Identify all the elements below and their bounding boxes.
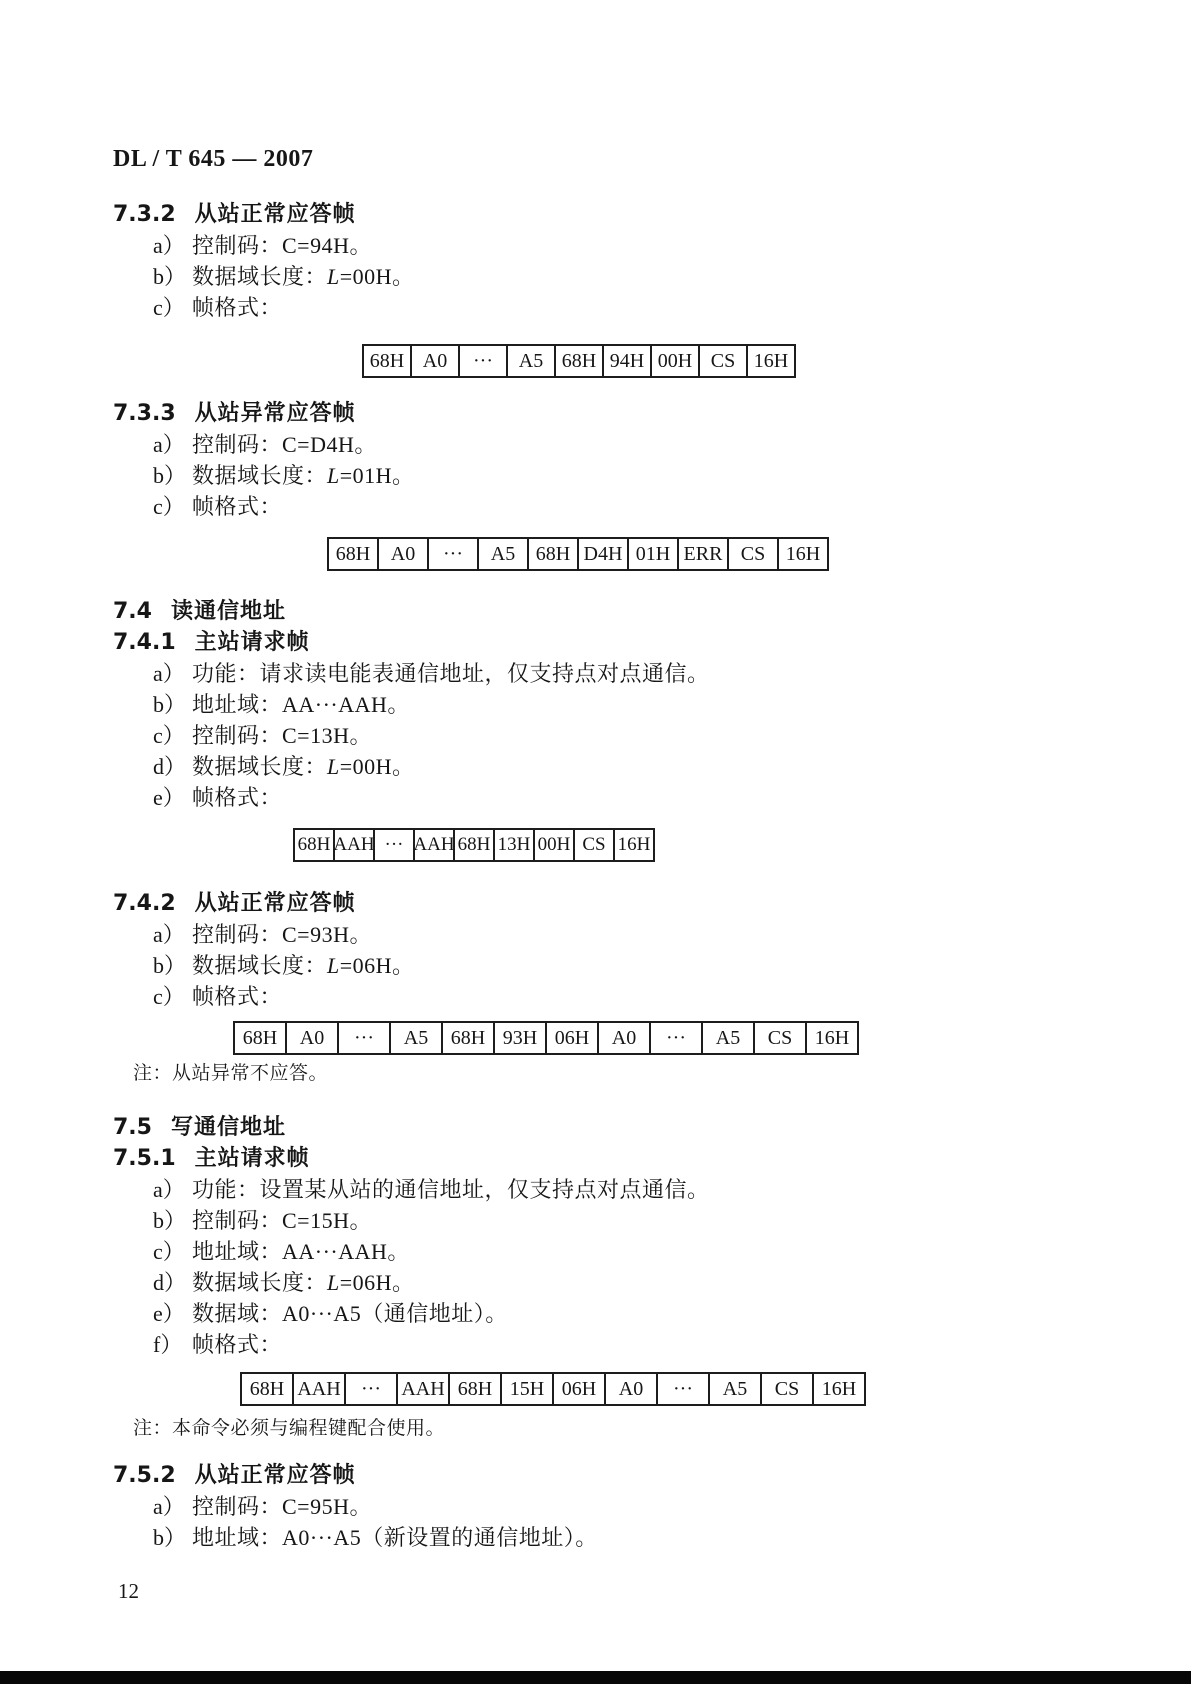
section-heading-7-5-1: 7.5.1 主站请求帧: [113, 1144, 1191, 1174]
section-number: 7.5.1: [113, 1144, 176, 1174]
frame-cell: D4H: [577, 537, 629, 571]
list-item: e） 帧格式：: [153, 782, 1191, 813]
item-letter: c）: [153, 491, 192, 522]
item-text: 控制码：C=D4H。: [192, 429, 377, 460]
scan-edge-artifact: [0, 1671, 1191, 1684]
item-letter: e）: [153, 782, 192, 813]
frame-cell: 16H: [805, 1021, 859, 1055]
frame-cell: 68H: [554, 344, 604, 378]
item-text: 控制码：C=13H。: [192, 720, 372, 751]
frame-cell: ···: [656, 1372, 710, 1406]
section-number: 7.5: [113, 1113, 152, 1143]
frame-cell: CS: [573, 828, 615, 862]
list-item: b） 控制码：C=15H。: [153, 1205, 1191, 1236]
item-text: 帧格式：: [192, 981, 282, 1012]
frame-cell: 16H: [746, 344, 796, 378]
frame-cell: 15H: [500, 1372, 554, 1406]
section-title: 读通信地址: [171, 597, 286, 627]
section-heading-7-4-2: 7.4.2 从站正常应答帧: [113, 889, 1191, 919]
frame-cell: 68H: [233, 1021, 287, 1055]
list-item: a） 功能：请求读电能表通信地址，仅支持点对点通信。: [153, 658, 1191, 689]
frame-cell: CS: [760, 1372, 814, 1406]
list-item: b） 数据域长度：L=00H。: [153, 261, 1191, 292]
item-letter: a）: [153, 919, 192, 950]
item-text: 控制码：C=95H。: [192, 1491, 372, 1522]
page-number: 12: [118, 1579, 1191, 1603]
item-text: 帧格式：: [192, 782, 282, 813]
list-item: c） 帧格式：: [153, 491, 1191, 522]
list-item: c） 地址域：AA···AAH。: [153, 1236, 1191, 1267]
item-text: 功能：设置某从站的通信地址，仅支持点对点通信。: [192, 1174, 710, 1205]
item-letter: c）: [153, 1236, 192, 1267]
document-page: DL / T 645 — 2007 7.3.2 从站正常应答帧 a） 控制码：C…: [0, 0, 1191, 1684]
frame-cell: ···: [337, 1021, 391, 1055]
list-item: a） 功能：设置某从站的通信地址，仅支持点对点通信。: [153, 1174, 1191, 1205]
frame-cell: A0: [377, 537, 429, 571]
item-text: 数据域长度：L=06H。: [192, 1267, 415, 1298]
item-text: 数据域长度：L=06H。: [192, 950, 415, 981]
frame-cell: ···: [458, 344, 508, 378]
section-number: 7.4.1: [113, 628, 176, 658]
frame-cell: ···: [373, 828, 415, 862]
frame-cell: A5: [701, 1021, 755, 1055]
list-item: b） 数据域长度：L=06H。: [153, 950, 1191, 981]
frame-cell: A0: [597, 1021, 651, 1055]
frame-cell: A5: [389, 1021, 443, 1055]
item-text: 帧格式：: [192, 292, 282, 323]
list-item: b） 地址域：A0···A5（新设置的通信地址）。: [153, 1522, 1191, 1553]
section-title: 从站正常应答帧: [195, 889, 356, 919]
item-text: 帧格式：: [192, 491, 282, 522]
item-letter: b）: [153, 689, 192, 720]
frame-cell: 16H: [812, 1372, 866, 1406]
section-heading-7-5: 7.5 写通信地址: [113, 1113, 1191, 1143]
doc-header: DL / T 645 — 2007: [113, 145, 1191, 173]
frame-cell: 16H: [777, 537, 829, 571]
list-item: a） 控制码：C=94H。: [153, 230, 1191, 261]
item-letter: b）: [153, 950, 192, 981]
item-text: 帧格式：: [192, 1329, 282, 1360]
frame-cell: 68H: [327, 537, 379, 571]
list-item: e） 数据域：A0···A5（通信地址）。: [153, 1298, 1191, 1329]
frame-table-7-3-3: 68H A0 ··· A5 68H D4H 01H ERR CS 16H: [327, 537, 1191, 571]
frame-cell: AAH: [333, 828, 375, 862]
section-title: 主站请求帧: [195, 1144, 310, 1174]
frame-cell: A5: [506, 344, 556, 378]
section-number: 7.3.3: [113, 399, 176, 429]
frame-cell: 68H: [527, 537, 579, 571]
item-letter: c）: [153, 981, 192, 1012]
frame-table-7-5-1: 68H AAH ··· AAH 68H 15H 06H A0 ··· A5 CS…: [240, 1372, 1191, 1406]
frame-cell: ERR: [677, 537, 729, 571]
frame-cell: 06H: [545, 1021, 599, 1055]
frame-cell: ···: [649, 1021, 703, 1055]
section-title: 从站正常应答帧: [195, 200, 356, 230]
section-number: 7.4: [113, 597, 152, 627]
list-item: a） 控制码：C=D4H。: [153, 429, 1191, 460]
section-title: 从站异常应答帧: [195, 399, 356, 429]
item-letter: b）: [153, 460, 192, 491]
item-letter: a）: [153, 230, 192, 261]
section-number: 7.4.2: [113, 889, 176, 919]
frame-cell: 01H: [627, 537, 679, 571]
section-title: 写通信地址: [171, 1113, 286, 1143]
frame-cell: A0: [410, 344, 460, 378]
frame-cell: A5: [477, 537, 529, 571]
list-item: f） 帧格式：: [153, 1329, 1191, 1360]
item-letter: c）: [153, 720, 192, 751]
item-text: 控制码：C=94H。: [192, 230, 372, 261]
frame-cell: 00H: [533, 828, 575, 862]
frame-cell: 68H: [453, 828, 495, 862]
item-text: 功能：请求读电能表通信地址，仅支持点对点通信。: [192, 658, 710, 689]
list-item: c） 帧格式：: [153, 292, 1191, 323]
section-heading-7-4: 7.4 读通信地址: [113, 597, 1191, 627]
frame-table-7-4-1: 68H AAH ··· AAH 68H 13H 00H CS 16H: [293, 828, 1191, 862]
frame-cell: CS: [698, 344, 748, 378]
frame-cell: 68H: [240, 1372, 294, 1406]
item-letter: f）: [153, 1329, 192, 1360]
note: 注：从站异常不应答。: [133, 1061, 1191, 1087]
frame-cell: ···: [427, 537, 479, 571]
frame-cell: A5: [708, 1372, 762, 1406]
item-text: 数据域：A0···A5（通信地址）。: [192, 1298, 508, 1329]
frame-cell: 68H: [362, 344, 412, 378]
frame-cell: AAH: [292, 1372, 346, 1406]
note: 注：本命令必须与编程键配合使用。: [133, 1416, 1191, 1442]
frame-cell: 13H: [493, 828, 535, 862]
item-letter: b）: [153, 261, 192, 292]
item-text: 控制码：C=93H。: [192, 919, 372, 950]
list-item: a） 控制码：C=93H。: [153, 919, 1191, 950]
item-letter: d）: [153, 751, 192, 782]
item-text: 地址域：AA···AAH。: [192, 689, 410, 720]
frame-cell: CS: [753, 1021, 807, 1055]
list-item: d） 数据域长度：L=06H。: [153, 1267, 1191, 1298]
frame-table-7-4-2: 68H A0 ··· A5 68H 93H 06H A0 ··· A5 CS 1…: [233, 1021, 1191, 1055]
frame-cell: AAH: [413, 828, 455, 862]
list-item: b） 地址域：AA···AAH。: [153, 689, 1191, 720]
list-item: a） 控制码：C=95H。: [153, 1491, 1191, 1522]
frame-cell: 68H: [441, 1021, 495, 1055]
frame-cell: AAH: [396, 1372, 450, 1406]
section-heading-7-5-2: 7.5.2 从站正常应答帧: [113, 1461, 1191, 1491]
section-heading-7-3-2: 7.3.2 从站正常应答帧: [113, 200, 1191, 230]
frame-cell: CS: [727, 537, 779, 571]
item-text: 数据域长度：L=00H。: [192, 751, 415, 782]
section-title: 从站正常应答帧: [195, 1461, 356, 1491]
frame-table-7-3-2: 68H A0 ··· A5 68H 94H 00H CS 16H: [362, 344, 1191, 378]
item-letter: a）: [153, 658, 192, 689]
section-number: 7.3.2: [113, 200, 176, 230]
item-text: 地址域：A0···A5（新设置的通信地址）。: [192, 1522, 598, 1553]
frame-cell: 00H: [650, 344, 700, 378]
frame-cell: 68H: [448, 1372, 502, 1406]
list-item: d） 数据域长度：L=00H。: [153, 751, 1191, 782]
section-heading-7-3-3: 7.3.3 从站异常应答帧: [113, 399, 1191, 429]
list-item: c） 控制码：C=13H。: [153, 720, 1191, 751]
item-text: 地址域：AA···AAH。: [192, 1236, 410, 1267]
frame-cell: 06H: [552, 1372, 606, 1406]
item-letter: c）: [153, 292, 192, 323]
frame-cell: A0: [285, 1021, 339, 1055]
item-text: 数据域长度：L=00H。: [192, 261, 415, 292]
frame-cell: 93H: [493, 1021, 547, 1055]
item-letter: a）: [153, 1174, 192, 1205]
frame-cell: 16H: [613, 828, 655, 862]
frame-cell: A0: [604, 1372, 658, 1406]
frame-cell: ···: [344, 1372, 398, 1406]
item-text: 控制码：C=15H。: [192, 1205, 372, 1236]
list-item: b） 数据域长度：L=01H。: [153, 460, 1191, 491]
item-letter: b）: [153, 1522, 192, 1553]
item-letter: a）: [153, 429, 192, 460]
frame-cell: 68H: [293, 828, 335, 862]
item-letter: b）: [153, 1205, 192, 1236]
list-item: c） 帧格式：: [153, 981, 1191, 1012]
frame-cell: 94H: [602, 344, 652, 378]
item-letter: d）: [153, 1267, 192, 1298]
item-text: 数据域长度：L=01H。: [192, 460, 415, 491]
section-title: 主站请求帧: [195, 628, 310, 658]
section-number: 7.5.2: [113, 1461, 176, 1491]
item-letter: e）: [153, 1298, 192, 1329]
section-heading-7-4-1: 7.4.1 主站请求帧: [113, 628, 1191, 658]
item-letter: a）: [153, 1491, 192, 1522]
